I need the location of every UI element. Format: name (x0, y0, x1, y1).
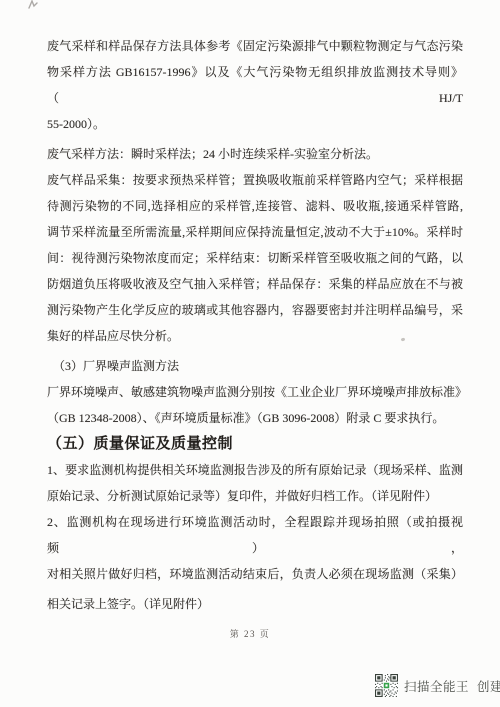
text-line: 2、监测机构在现场进行环境监测活动时，全程跟踪并现场拍照（或拍摄视频）， (47, 509, 463, 561)
scanned-document-page: 废气采样和样品保存方法具体参考《固定污染源排气中颗粒物测定与气态污染 物采样方法… (0, 0, 500, 707)
text-line: 相关记录上签字。（详见附件） (47, 591, 463, 617)
text-line: 55-2000）。 (47, 111, 463, 137)
paragraph-noise-standards: 厂界环境噪声、敏感建筑物噪声监测分别按《工业企业厂界环境噪声排放标准》 （GB … (47, 379, 463, 431)
paragraph-gas-sampling-method: 废气采样方法：瞬时采样法；24 小时连续采样-实验室分析法。 (47, 141, 463, 167)
text-line: 调节采样流量至所需流量,采样期间应保持流量恒定,波动不大于±10%。采样时 (47, 219, 463, 245)
paragraph-requirement-1: 1、要求监测机构提供相关环境监测报告涉及的所有原始记录（现场采样、监测 原始记录… (47, 457, 463, 509)
paragraph-signature: 相关记录上签字。（详见附件） (47, 591, 463, 617)
text-line: 原始记录、分析测试原始记录等）复印件，并做好归档工作。（详见附件） (47, 483, 463, 509)
text-line: （GB 12348-2008）、《声环境质量标准》（GB 3096-2008）附… (47, 405, 463, 431)
paragraph-requirement-2: 2、监测机构在现场进行环境监测活动时，全程跟踪并现场拍照（或拍摄视频）， 对相关… (47, 509, 463, 587)
document-body: 废气采样和样品保存方法具体参考《固定污染源排气中颗粒物测定与气态污染 物采样方法… (47, 33, 463, 617)
text-line: （3）厂界噪声监测方法 (47, 353, 463, 379)
pen-mark-artifact (27, 0, 40, 9)
section-heading: （五）质量保证及质量控制 (47, 431, 463, 457)
paragraph-gas-sample-collection: 废气样品采集：按要求预热采样管；置换吸收瓶前采样管路内空气；采样根据 待测污染物… (47, 167, 463, 349)
text-line: 物采样方法 GB16157-1996》以及《大气污染物无组织排放监测技术导则》（… (47, 59, 463, 111)
paragraph-noise-method-title: （3）厂界噪声监测方法 (47, 353, 463, 379)
paragraph-gas-sampling-reference: 废气采样和样品保存方法具体参考《固定污染源排气中颗粒物测定与气态污染 物采样方法… (47, 33, 463, 137)
camscanner-watermark: 扫描全能王 创建 (375, 674, 500, 697)
text-line: 间：视待测污染物浓度而定；采样结束：切断采样管至吸收瓶之间的气路，以 (47, 245, 463, 271)
text-line: 废气采样方法：瞬时采样法；24 小时连续采样-实验室分析法。 (47, 141, 463, 167)
text-line: 1、要求监测机构提供相关环境监测报告涉及的所有原始记录（现场采样、监测 (47, 457, 463, 483)
qrcode-icon (375, 674, 398, 697)
text-line: 集好的样品应尽快分析。 (47, 323, 463, 349)
text-line: 测污染物产生化学反应的玻璃或其他容器内，容器要密封并注明样品编号，采 (47, 297, 463, 323)
watermark-label: 扫描全能王 创建 (404, 677, 500, 695)
text-line: 防烟道负压将吸收液及空气抽入采样管；样品保存：采集的样品应放在不与被 (47, 271, 463, 297)
text-line: 废气采样和样品保存方法具体参考《固定污染源排气中颗粒物测定与气态污染 (47, 33, 463, 59)
text-line: 待测污染物的不同,选择相应的采样管,连接管、滤料、吸收瓶,接通采样管路, (47, 193, 463, 219)
text-line: 厂界环境噪声、敏感建筑物噪声监测分别按《工业企业厂界环境噪声排放标准》 (47, 379, 463, 405)
text-line: 对相关照片做好归档，环境监测活动结束后，负责人必须在现场监测（采集） (47, 561, 463, 587)
text-line: 废气样品采集：按要求预热采样管；置换吸收瓶前采样管路内空气；采样根据 (47, 167, 463, 193)
section-heading-quality-control: （五）质量保证及质量控制 (47, 431, 463, 457)
page-number: 第 23 页 (0, 627, 500, 640)
